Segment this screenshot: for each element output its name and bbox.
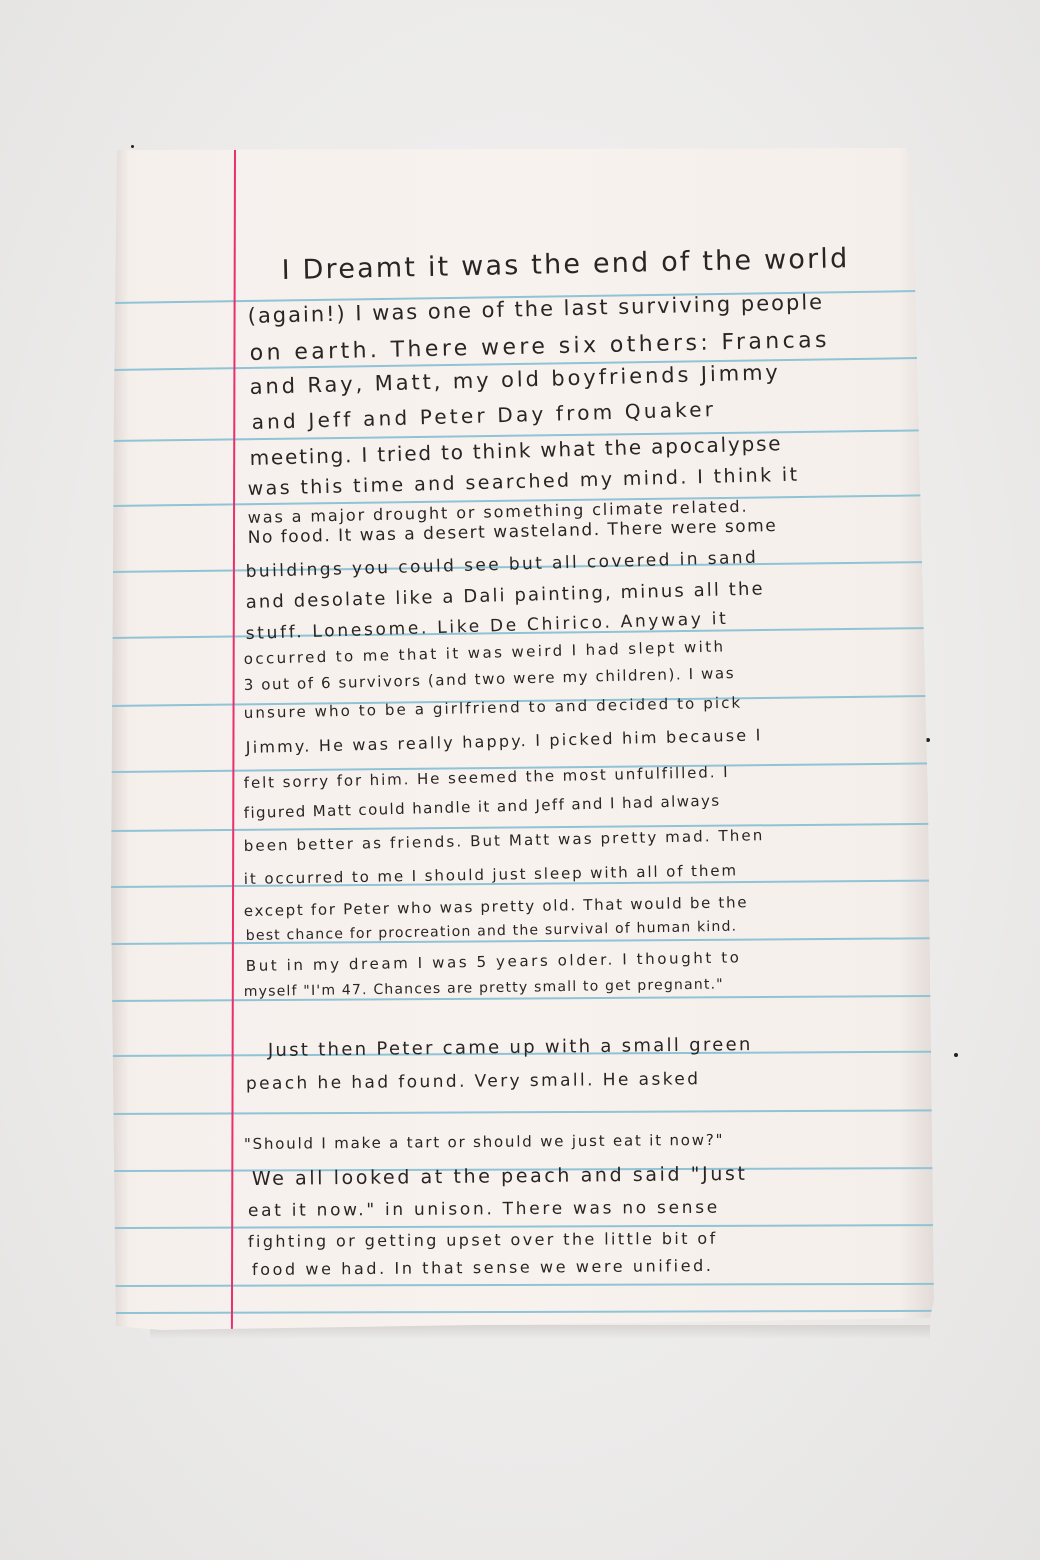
- handwritten-line: "Should I make a tart or should we just …: [244, 1131, 724, 1153]
- handwritten-line: and desolate like a Dali painting, minus…: [245, 578, 764, 613]
- handwritten-line: peach he had found. Very small. He asked: [246, 1069, 701, 1094]
- handwritten-line: and Jeff and Peter Day from Quaker: [251, 397, 716, 434]
- handwritten-line: occurred to me that it was weird I had s…: [244, 637, 726, 668]
- rule-line: [111, 995, 935, 1002]
- handwritten-line: food we had. In that sense we were unifi…: [252, 1256, 714, 1279]
- handwritten-line: unsure who to be a girlfriend to and dec…: [244, 694, 743, 722]
- handwritten-line: except for Peter who was pretty old. Tha…: [244, 893, 749, 920]
- rule-line: [111, 1109, 935, 1114]
- handwritten-line: Jimmy. He was really happy. I picked him…: [246, 725, 763, 757]
- handwritten-line: I Dreamt it was the end of the world: [281, 243, 849, 286]
- red-margin-line: [231, 150, 236, 1330]
- handwritten-line: fighting or getting upset over the littl…: [248, 1229, 718, 1251]
- handwritten-line: But in my dream I was 5 years older. I t…: [246, 948, 742, 975]
- rule-line: [111, 1310, 935, 1314]
- handwritten-line: 3 out of 6 survivors (and two were my ch…: [244, 664, 736, 694]
- handwritten-line: We all looked at the peach and said "Jus…: [252, 1163, 748, 1190]
- handwritten-line: been better as friends. But Matt was pre…: [244, 826, 765, 855]
- handwritten-line: buildings you could see but all covered …: [245, 548, 758, 582]
- handwritten-line: eat it now." in unison. There was no sen…: [248, 1198, 720, 1221]
- paper-fold-left: [111, 150, 129, 1330]
- handwritten-line: figured Matt could handle it and Jeff an…: [244, 792, 721, 822]
- fabric-notebook-page: I Dreamt it was the end of the world (ag…: [0, 0, 1040, 1560]
- rule-line: [111, 1224, 935, 1228]
- paper-fold-right: [900, 150, 934, 1320]
- rule-line: [111, 1283, 935, 1287]
- handwritten-line: was this time and searched my mind. I th…: [247, 464, 799, 500]
- handwritten-line: Just then Peter came up with a small gre…: [268, 1034, 753, 1061]
